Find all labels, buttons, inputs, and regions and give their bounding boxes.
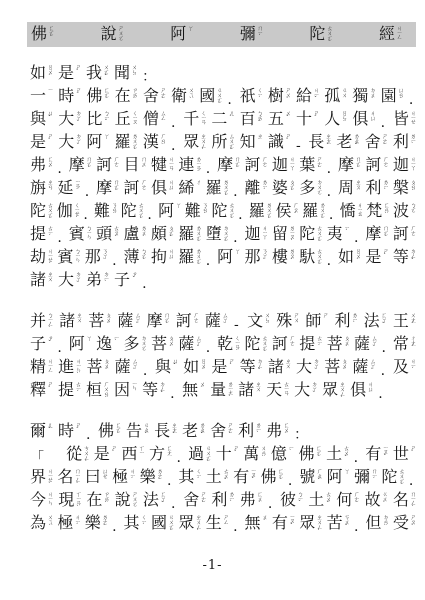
hanzi: 薩 — [178, 334, 194, 353]
hanzi-with-zhuyin: 訶ㄏㄜ — [365, 155, 388, 177]
hanzi: 苦 — [327, 513, 343, 532]
hanzi-with-zhuyin: 薩ㄙㄚˋ — [115, 357, 138, 379]
hanzi: 給 — [296, 86, 312, 105]
zhuyin-annotation: ㄈㄚˇ — [380, 312, 387, 333]
zhuyin-annotation: ㄏㄜ — [381, 156, 388, 177]
zhuyin-annotation: ㄏㄜ — [261, 156, 268, 177]
hanzi-with-zhuyin: 殊ㄕㄨ — [276, 311, 299, 333]
hanzi: 摩 — [217, 155, 233, 174]
zhuyin-annotation: ㄌㄨㄛˊ — [222, 179, 229, 200]
hanzi: 如 — [338, 247, 354, 266]
hanzi-with-zhuyin: 彌ㄇㄧˊ — [354, 467, 377, 489]
hanzi: 時 — [58, 86, 74, 105]
zhuyin-annotation: ㄕˋ — [409, 445, 416, 466]
zhuyin-annotation: ㄍㄨㄛˋ — [204, 445, 211, 466]
hanzi-with-zhuyin: 提ㄊㄧˊ — [299, 334, 322, 356]
punctuation: . — [142, 277, 149, 292]
zhuyin-annotation: ㄉㄨˊ — [368, 87, 375, 108]
hanzi: 難 — [185, 201, 201, 220]
hanzi-with-zhuyin: 薩ㄙㄚˋ — [354, 334, 377, 356]
zhuyin-annotation: ㄅㄧㄣ — [85, 225, 92, 246]
zhuyin-annotation: ㄨㄟˋ — [187, 87, 194, 108]
zhuyin-annotation: ㄓㄤˇ — [324, 133, 331, 154]
hanzi: 有 — [233, 467, 249, 486]
hanzi: 舍 — [143, 86, 159, 105]
hanzi-with-zhuyin: 槃ㄆㄢˊ — [393, 178, 416, 200]
hanzi-with-zhuyin: 有ㄧㄡˇ — [272, 513, 295, 535]
zhuyin-annotation: ㄇㄧㄥˊ — [409, 491, 416, 512]
hanzi: 迦 — [272, 155, 288, 174]
hanzi: 逸 — [96, 334, 112, 353]
punctuation: . — [167, 474, 174, 489]
hanzi: 羅 — [178, 224, 194, 243]
punctuation: . — [57, 231, 64, 246]
hanzi-with-zhuyin: 俱ㄐㄩ — [352, 109, 375, 131]
zhuyin-annotation: ㄙㄨㄛˇ — [227, 133, 234, 154]
hanzi: 有 — [272, 513, 288, 532]
sutra-body: 如ㄖㄨˊ是ㄕˋ我ㄨㄛˇ聞ㄨㄣˊ：一ㄧ時ㄕˊ佛ㄈㄛˊ在ㄗㄞˋ舍ㄕㄜˋ衛ㄨㄟˋ國ㄍㄨ… — [30, 62, 416, 535]
hanzi-with-zhuyin: 量ㄌㄧㄤˋ — [210, 380, 233, 402]
hanzi-with-zhuyin: 薩ㄙㄚˋ — [178, 334, 201, 356]
hanzi: 眾 — [322, 380, 338, 399]
hanzi: 陀 — [299, 224, 315, 243]
hanzi: 桓 — [86, 380, 102, 399]
zhuyin-annotation: ㄧˋ — [287, 445, 294, 466]
hanzi: 所 — [211, 132, 227, 151]
zhuyin-annotation: ㄖㄨˊ — [46, 64, 53, 85]
zhuyin-annotation: ㄐㄩ — [366, 381, 373, 402]
zhuyin-annotation: ㄉㄢˋ — [381, 514, 388, 535]
hanzi: 眾 — [178, 513, 194, 532]
zhuyin-annotation: ㄓㄨㄥˋ — [194, 514, 201, 535]
hanzi-with-zhuyin: 波ㄅㄛ — [393, 201, 416, 223]
hanzi: 那 — [244, 247, 260, 266]
text-line: 「從ㄘㄨㄥˊ是ㄕˋ西ㄒㄧ方ㄈㄤ.過ㄍㄨㄛˋ十ㄕˊ萬ㄨㄢˋ億ㄧˋ佛ㄈㄛˊ土ㄊㄨˇ.… — [30, 443, 416, 466]
hanzi-with-zhuyin: 王ㄨㄤˊ — [393, 311, 416, 333]
zhuyin-annotation: ㄐㄩ — [167, 179, 174, 200]
hanzi: 曰 — [85, 467, 101, 486]
zhuyin-annotation: ㄊㄧˊ — [74, 381, 81, 402]
hanzi: 與 — [155, 357, 171, 376]
hanzi-with-zhuyin: 難ㄋㄢˊ — [94, 201, 117, 223]
zhuyin-annotation: ㄔㄤˊ — [409, 335, 416, 356]
hanzi: 薩 — [117, 311, 133, 330]
hanzi: 佛 — [86, 86, 102, 105]
hanzi: 利 — [335, 311, 351, 330]
hanzi-with-zhuyin: 多ㄉㄨㄛ — [299, 178, 322, 200]
hanzi: 老 — [182, 421, 198, 440]
hanzi: 說 — [115, 490, 131, 509]
hanzi: 聞 — [114, 63, 130, 82]
hanzi: 極 — [112, 467, 128, 486]
hanzi-with-zhuyin: 是ㄕˋ — [94, 444, 117, 466]
zhuyin-annotation: ㄗㄞˋ — [102, 491, 109, 512]
hanzi: 墮 — [206, 224, 222, 243]
hanzi-with-zhuyin: 彌ㄇㄧˊ — [240, 24, 263, 46]
hanzi: 一 — [30, 86, 46, 105]
hanzi: 提 — [58, 380, 74, 399]
hanzi-with-zhuyin: 是ㄕˋ — [30, 132, 53, 154]
hanzi: 彌 — [240, 24, 256, 44]
zhuyin-annotation: ㄅㄧˇ — [296, 491, 303, 512]
hanzi: 彌 — [354, 467, 370, 486]
hanzi: 故 — [365, 490, 381, 509]
hanzi: 諸 — [59, 311, 75, 330]
zhuyin-annotation: ㄐㄧˊ — [128, 468, 135, 489]
zhuyin-annotation: ㄊㄨㄛˊ — [227, 202, 234, 223]
hanzi-with-zhuyin: 在ㄗㄞˋ — [86, 490, 109, 512]
zhuyin-annotation: ㄏㄜ — [288, 335, 295, 356]
paragraph: 如ㄖㄨˊ是ㄕˋ我ㄨㄛˇ聞ㄨㄣˊ：一ㄧ時ㄕˊ佛ㄈㄛˊ在ㄗㄞˋ舍ㄕㄜˋ衛ㄨㄟˋ國ㄍㄨ… — [30, 62, 416, 292]
hanzi-with-zhuyin: 所ㄙㄨㄛˇ — [211, 132, 234, 154]
hanzi: 婆 — [272, 178, 288, 197]
hanzi: 犍 — [151, 155, 167, 174]
zhuyin-annotation: ㄉㄨㄛ — [140, 335, 147, 356]
hanzi: 告 — [126, 421, 142, 440]
zhuyin-annotation: ㄆㄨˊ — [104, 312, 111, 333]
punctuation: . — [177, 451, 184, 466]
zhuyin-annotation: ㄍㄨˋ — [381, 491, 388, 512]
zhuyin-annotation: ㄅㄛ — [409, 202, 416, 223]
hanzi-with-zhuyin: 如ㄖㄨˊ — [338, 247, 361, 269]
punctuation: . — [381, 364, 388, 379]
hanzi-with-zhuyin: 眾ㄓㄨㄥˋ — [322, 380, 345, 402]
hanzi-with-zhuyin: 羅ㄌㄨㄛˊ — [178, 224, 201, 246]
hanzi-with-zhuyin: 界ㄐㄧㄝˋ — [30, 467, 53, 489]
hanzi: 阿 — [86, 132, 102, 151]
hanzi: 無 — [244, 513, 260, 532]
hanzi-with-zhuyin: 摩ㄇㄛˊ — [69, 155, 92, 177]
hanzi-with-zhuyin: 訶ㄏㄜ — [272, 334, 295, 356]
hanzi-with-zhuyin: 大ㄉㄚˋ — [58, 109, 81, 131]
zhuyin-annotation: ㄋㄢˊ — [201, 202, 208, 223]
hanzi: 弟 — [86, 270, 102, 289]
text-line: 界ㄐㄧㄝˋ名ㄇㄧㄥˊ曰ㄩㄝ極ㄐㄧˊ樂ㄌㄜˋ.其ㄑㄧˊ土ㄊㄨˇ有ㄧㄡˇ佛ㄈㄛˊ.號… — [30, 466, 416, 489]
hanzi-with-zhuyin: 葉ㄕㄜˋ — [299, 155, 322, 177]
hanzi-with-zhuyin: 舍ㄕㄜˋ — [365, 132, 388, 154]
hanzi-with-zhuyin: 利ㄌㄧˋ — [335, 311, 358, 333]
hanzi-with-zhuyin: 進ㄐㄧㄣˋ — [58, 357, 81, 379]
hanzi-with-zhuyin: 舍ㄕㄜˋ — [210, 421, 233, 443]
hanzi-with-zhuyin: 提ㄊㄧˊ — [30, 224, 53, 246]
hanzi: 長 — [308, 132, 324, 151]
zhuyin-annotation: ㄇㄛˊ — [112, 179, 119, 200]
hanzi: 佛 — [98, 421, 114, 440]
hanzi: 現 — [58, 490, 74, 509]
hanzi: 頗 — [151, 224, 167, 243]
hanzi-with-zhuyin: 陀ㄊㄨㄛˊ — [381, 467, 404, 489]
hanzi: 陀 — [309, 24, 325, 44]
hanzi: 子 — [114, 270, 130, 289]
zhuyin-annotation: ㄈㄨˊ — [282, 422, 289, 443]
hanzi: 長 — [154, 421, 170, 440]
zhuyin-annotation: ㄌㄧˋ — [351, 312, 358, 333]
zhuyin-annotation: ㄌㄠˇ — [352, 133, 359, 154]
zhuyin-annotation: ㄖㄨˊ — [199, 358, 206, 379]
hanzi-with-zhuyin: 利ㄌㄧˋ — [365, 178, 388, 200]
hanzi: 五 — [268, 109, 284, 128]
zhuyin-annotation: ㄐㄧㄚ — [261, 225, 268, 246]
hanzi-with-zhuyin: 是ㄕˋ — [211, 357, 234, 379]
zhuyin-annotation: ㄌㄧㄡˊ — [288, 225, 295, 246]
zhuyin-annotation: ㄉㄨㄛˋ — [222, 225, 229, 246]
hanzi-with-zhuyin: 我ㄨㄛˇ — [86, 63, 109, 85]
hanzi: 迦 — [244, 224, 260, 243]
sutra-page: 佛ㄈㄛˊ說ㄕㄨㄛ阿ㄚ彌ㄇㄧˊ陀ㄊㄨㄛˊ經ㄐㄧㄥ 如ㄖㄨˊ是ㄕˋ我ㄨㄛˇ聞ㄨㄣˊ：… — [0, 0, 425, 600]
zhuyin-annotation: ㄑㄧˊ — [256, 87, 263, 108]
hanzi-with-zhuyin: 菩ㄆㄨˊ — [324, 357, 347, 379]
hanzi-with-zhuyin: 十ㄕˊ — [296, 109, 319, 131]
hanzi-with-zhuyin: 菩ㄆㄨˊ — [151, 334, 174, 356]
zhuyin-annotation: ㄏㄜ — [140, 179, 147, 200]
zhuyin-annotation: ㄓㄨ — [75, 312, 82, 333]
zhuyin-annotation: ㄈㄛˊ — [277, 468, 284, 489]
zhuyin-annotation: ㄌㄧˋ — [381, 179, 388, 200]
hanzi: 孤 — [324, 86, 340, 105]
hanzi: 十 — [216, 444, 232, 463]
zhuyin-annotation: ㄖㄨˊ — [354, 248, 361, 269]
hanzi-with-zhuyin: 旃ㄓㄢ — [30, 178, 53, 200]
hanzi: 難 — [94, 201, 110, 220]
text-line: 今ㄐㄧㄣ現ㄒㄧㄢˋ在ㄗㄞˋ說ㄕㄨㄛ法ㄈㄚˇ.舍ㄕㄜˋ利ㄌㄧˋ弗ㄈㄨˊ.彼ㄅㄧˇ土… — [30, 489, 416, 512]
zhuyin-annotation: ㄓㄨ — [46, 271, 53, 292]
hanzi-with-zhuyin: 樂ㄌㄜˋ — [85, 513, 108, 535]
zhuyin-annotation: ㄏㄜ — [409, 225, 416, 246]
hanzi-with-zhuyin: 陀ㄊㄨㄛˊ — [309, 24, 332, 46]
hanzi-with-zhuyin: 土ㄊㄨˇ — [308, 490, 331, 512]
hanzi-with-zhuyin: 僧ㄙㄥ — [143, 109, 166, 131]
hanzi-with-zhuyin: 阿ㄚ — [69, 334, 92, 356]
zhuyin-annotation: ㄐㄩ — [368, 110, 375, 131]
hanzi: 賓 — [57, 247, 73, 266]
hanzi-with-zhuyin: 并ㄅㄧㄥˋ — [30, 311, 53, 333]
zhuyin-annotation: ㄙㄚˋ — [133, 312, 140, 333]
zhuyin-annotation: ㄧ — [46, 87, 53, 108]
zhuyin-annotation: ㄓㄨㄥˋ — [315, 514, 322, 535]
zhuyin-annotation: ㄍㄨㄛˊ — [167, 514, 174, 535]
hanzi: 連 — [178, 155, 194, 174]
zhuyin-annotation: ㄋㄢˊ — [110, 202, 117, 223]
punctuation: . — [233, 231, 240, 246]
hanzi-with-zhuyin: 無ㄨˊ — [182, 380, 205, 402]
hanzi-with-zhuyin: 摩ㄇㄛˊ — [338, 155, 361, 177]
zhuyin-annotation: ㄐㄧㄥ — [46, 358, 53, 379]
page-number: -1- — [202, 558, 222, 573]
hanzi: 延 — [57, 178, 73, 197]
hanzi-with-zhuyin: 連ㄌㄧㄢˊ — [178, 155, 201, 177]
hanzi-with-zhuyin: 劫ㄐㄧㄝˊ — [30, 247, 53, 269]
hanzi-with-zhuyin: 告ㄍㄠˋ — [126, 421, 149, 443]
hanzi-with-zhuyin: 阿ㄚ — [327, 467, 350, 489]
hanzi: 薩 — [205, 311, 221, 330]
hanzi-with-zhuyin: 子ㄗˇ — [114, 270, 137, 292]
zhuyin-annotation: ㄈㄨˊ — [256, 491, 263, 512]
hanzi-with-zhuyin: 孤ㄍㄨ — [324, 86, 347, 108]
hanzi: 衛 — [171, 86, 187, 105]
hanzi-with-zhuyin: 佛ㄈㄛˊ — [31, 24, 54, 46]
hanzi: 比 — [86, 109, 102, 128]
hanzi: 西 — [121, 444, 137, 463]
zhuyin-annotation: ㄉㄚˋ — [74, 110, 81, 131]
zhuyin-annotation: ㄙㄚˋ — [368, 358, 375, 379]
zhuyin-annotation: ㄅㄛˊ — [140, 248, 147, 269]
hanzi: 爾 — [30, 421, 46, 440]
hanzi-with-zhuyin: 是ㄕˋ — [365, 247, 388, 269]
hanzi: 其 — [124, 513, 140, 532]
zhuyin-annotation: ㄑㄧㄢ — [199, 110, 206, 131]
punctuation: . — [206, 341, 213, 356]
punctuation: . — [206, 162, 213, 177]
hanzi-with-zhuyin: 諸ㄓㄨ — [238, 380, 261, 402]
hanzi-with-zhuyin: 逸ㄧˋ — [96, 334, 119, 356]
hanzi-with-zhuyin: 等ㄉㄥˇ — [142, 380, 165, 402]
zhuyin-annotation: ㄈㄛˊ — [102, 87, 109, 108]
hanzi-with-zhuyin: 樓ㄌㄡˊ — [272, 247, 295, 269]
hanzi-with-zhuyin: 薄ㄅㄛˊ — [124, 247, 147, 269]
hanzi: 阿 — [217, 247, 233, 266]
hanzi-with-zhuyin: 等ㄉㄥˇ — [393, 247, 416, 269]
hanzi-with-zhuyin: 時ㄕˊ — [58, 86, 81, 108]
hanzi: 量 — [210, 380, 226, 399]
zhuyin-annotation: ㄍㄨㄛˊ — [215, 87, 222, 108]
hanzi: 波 — [393, 201, 409, 220]
hanzi: 俱 — [350, 380, 366, 399]
hanzi: 乾 — [217, 334, 233, 353]
hanzi: 在 — [115, 86, 131, 105]
hanzi: 萬 — [243, 444, 259, 463]
hanzi: 知 — [240, 132, 256, 151]
hanzi-with-zhuyin: 過ㄍㄨㄛˋ — [188, 444, 211, 466]
hanzi-with-zhuyin: 現ㄒㄧㄢˋ — [58, 490, 81, 512]
hanzi-with-zhuyin: 國ㄍㄨㄛˊ — [151, 513, 174, 535]
hanzi-with-zhuyin: 佛ㄈㄛˊ — [98, 421, 121, 443]
hanzi-with-zhuyin: 名ㄇㄧㄥˊ — [57, 467, 80, 489]
hanzi: 陀 — [381, 467, 397, 486]
hanzi-with-zhuyin: 與ㄩˇ — [155, 357, 178, 379]
hanzi: 何 — [336, 490, 352, 509]
hanzi: 丘 — [115, 109, 131, 128]
zhuyin-annotation: ㄌㄧㄢˊ — [194, 156, 201, 177]
hanzi: 方 — [149, 444, 165, 463]
zhuyin-annotation: ㄕˋ — [46, 381, 53, 402]
zhuyin-annotation: ㄕㄜˋ — [381, 133, 388, 154]
hanzi-with-zhuyin: 名ㄇㄧㄥˊ — [393, 490, 416, 512]
hanzi: 但 — [365, 513, 381, 532]
hanzi-with-zhuyin: 常ㄔㄤˊ — [393, 334, 416, 356]
hanzi-with-zhuyin: 諸ㄓㄨ — [59, 311, 82, 333]
hanzi-with-zhuyin: 迦ㄐㄧㄚ — [272, 155, 295, 177]
zhuyin-annotation: ㄇㄛˊ — [354, 156, 361, 177]
zhuyin-annotation: ㄕˊ — [74, 422, 81, 443]
hanzi: 拘 — [151, 247, 167, 266]
zhuyin-annotation: ㄕㄨˋ — [284, 87, 291, 108]
zhuyin-annotation: ㄈㄛˊ — [315, 445, 322, 466]
zhuyin-annotation: ㄈㄛˊ — [47, 25, 54, 46]
zhuyin-annotation: ㄍㄠˋ — [142, 422, 149, 443]
hanzi-with-zhuyin: 世ㄕˋ — [393, 444, 416, 466]
punctuation: . — [170, 387, 177, 402]
hanzi-with-zhuyin: 阿ㄚ — [86, 132, 109, 154]
hanzi: 法 — [364, 311, 380, 330]
hanzi-with-zhuyin: 延ㄧㄢˊ — [57, 178, 80, 200]
hanzi-with-zhuyin: 號ㄏㄠˋ — [299, 467, 322, 489]
zhuyin-annotation: ㄑㄧㄢˊ — [233, 335, 240, 356]
hanzi: 受 — [393, 513, 409, 532]
zhuyin-annotation: ㄔ — [194, 179, 201, 200]
hanzi: 二 — [211, 109, 227, 128]
hanzi: 因 — [114, 380, 130, 399]
zhuyin-annotation: ㄒㄧ — [137, 445, 144, 466]
zhuyin-annotation: ㄙㄚˋ — [194, 335, 201, 356]
zhuyin-annotation: ㄓㄨㄥˋ — [199, 133, 206, 154]
hanzi-with-zhuyin: 衛ㄨㄟˋ — [171, 86, 194, 108]
punctuation: . — [268, 497, 275, 512]
hanzi-with-zhuyin: 爾ㄦˇ — [30, 421, 53, 443]
hanzi-with-zhuyin: 憍ㄐㄧㄠ — [340, 201, 363, 223]
hanzi: 并 — [30, 311, 46, 330]
hanzi: 馱 — [299, 247, 315, 266]
punctuation: . — [381, 116, 388, 131]
hanzi: 是 — [365, 247, 381, 266]
hanzi: 薄 — [124, 247, 140, 266]
hanzi: 絺 — [178, 178, 194, 197]
hanzi-with-zhuyin: 給ㄐㄧˇ — [296, 86, 319, 108]
hanzi: 等 — [142, 380, 158, 399]
hanzi-with-zhuyin: 阿ㄚ — [217, 247, 240, 269]
hanzi-with-zhuyin: 羅ㄌㄨㄛˊ — [249, 201, 272, 223]
zhuyin-annotation: ㄕ — [321, 312, 328, 333]
hanzi-with-zhuyin: 陀ㄊㄨㄛˊ — [299, 224, 322, 246]
hanzi-with-zhuyin: 弗ㄈㄨˊ — [30, 155, 53, 177]
zhuyin-annotation: ㄕˋ — [227, 358, 234, 379]
hanzi-with-zhuyin: 佛ㄈㄛˊ — [86, 86, 109, 108]
hanzi-with-zhuyin: 迦ㄐㄧㄚ — [244, 224, 267, 246]
hanzi-with-zhuyin: 大ㄉㄚˋ — [294, 380, 317, 402]
zhuyin-annotation: ㄇㄧˊ — [256, 25, 263, 46]
hanzi-with-zhuyin: 墮ㄉㄨㄛˋ — [206, 224, 229, 246]
text-line: 旃ㄓㄢ延ㄧㄢˊ.摩ㄇㄛˊ訶ㄏㄜ俱ㄐㄩ絺ㄔ羅ㄌㄨㄛˊ.離ㄌㄧˊ婆ㄆㄛˊ多ㄉㄨㄛ.周… — [30, 177, 416, 200]
hanzi: 阿 — [158, 201, 174, 220]
hanzi: 世 — [393, 444, 409, 463]
hanzi: 樂 — [140, 467, 156, 486]
hanzi-with-zhuyin: 阿ㄚ — [170, 24, 193, 46]
hanzi-with-zhuyin: 如ㄖㄨˊ — [183, 357, 206, 379]
hanzi: 舍 — [210, 421, 226, 440]
punctuation: . — [86, 428, 93, 443]
title-bar: 佛ㄈㄛˊ說ㄕㄨㄛ阿ㄚ彌ㄇㄧˊ陀ㄊㄨㄛˊ經ㄐㄧㄥ — [27, 22, 416, 47]
hanzi-with-zhuyin: 比ㄅㄧˇ — [86, 109, 109, 131]
hanzi-with-zhuyin: 極ㄐㄧˊ — [112, 467, 135, 489]
hanzi: 摩 — [69, 155, 85, 174]
hanzi: 名 — [393, 490, 409, 509]
zhuyin-annotation: ㄍㄨ — [340, 87, 347, 108]
zhuyin-annotation: ㄦˋ — [227, 110, 234, 131]
zhuyin-annotation: ㄈㄛˊ — [114, 422, 121, 443]
hanzi-with-zhuyin: 梵ㄈㄢˋ — [366, 201, 389, 223]
hanzi-with-zhuyin: 曰ㄩㄝ — [85, 467, 108, 489]
hanzi-with-zhuyin: 樂ㄌㄜˋ — [140, 467, 163, 489]
hanzi: 羅 — [302, 201, 318, 220]
hanzi-with-zhuyin: 那ㄋㄚˋ — [85, 247, 108, 269]
zhuyin-annotation: ㄌㄧˋ — [409, 133, 416, 154]
zhuyin-annotation: ㄩˇ — [46, 110, 53, 131]
zhuyin-annotation: ㄇㄛˊ — [381, 225, 388, 246]
zhuyin-annotation: ㄌㄧˋ — [227, 491, 234, 512]
hanzi-with-zhuyin: 阿ㄚ — [158, 201, 181, 223]
zhuyin-annotation: ㄨㄣˊ — [130, 64, 137, 85]
zhuyin-annotation: ㄉㄥˇ — [158, 381, 165, 402]
hanzi: 及 — [393, 357, 409, 376]
